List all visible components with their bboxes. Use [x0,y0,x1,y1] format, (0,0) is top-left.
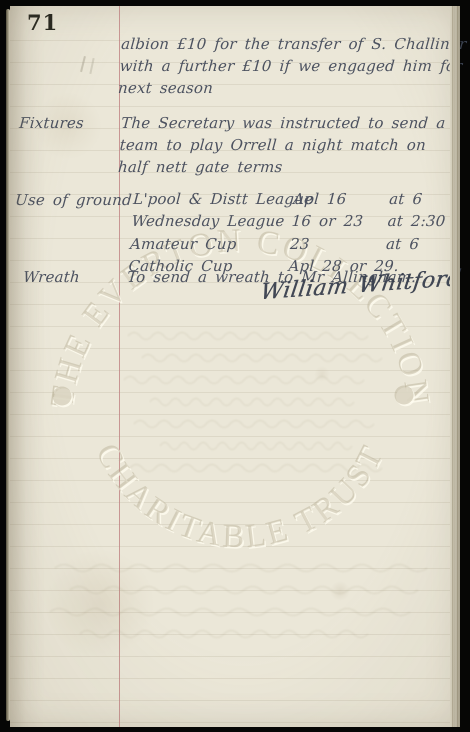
match-date: Apl 16 [292,188,390,210]
handwritten-line: with a further £10 if we engaged him for [119,55,466,77]
handwritten-line: team to play Orrell a night match on [119,134,445,156]
red-margin-rule [119,6,120,727]
match-time: at 2:30 [387,210,446,232]
scanned-minute-book-page: THE EVERTON COLLECTION CHARITABLE TRUST … [0,0,470,732]
fixtures-minute-block: The Secretary was instructed to send a t… [117,112,446,178]
handwritten-line: next season [117,77,464,99]
page-stack-edge [450,6,460,727]
margin-heading-fixtures: Fixtures [18,112,84,134]
minute-continuation-block: albion £10 for the transfer of S. Challi… [117,33,467,99]
ground-schedule-block: L'pool & Distt League Apl 16 at 6 Wednes… [128,188,448,278]
schedule-row: L'pool & Distt League Apl 16 at 6 [132,188,447,210]
handwritten-line: half nett gate terms [117,156,443,178]
handwritten-line: The Secretary was instructed to send a [120,112,446,134]
competition-name: Amateur Cup [129,233,291,255]
match-time: at 6 [388,188,447,210]
margin-heading-wreath: Wreath [22,266,80,288]
competition-name: L'pool & Distt League [132,188,294,210]
margin-heading-use-of-ground: Use of ground [14,189,132,211]
ledger-paper: THE EVERTON COLLECTION CHARITABLE TRUST … [10,6,460,727]
match-date: 16 or 23 [291,210,389,232]
competition-name: Wednesday League [131,210,293,232]
page-number: 71 [27,10,58,35]
schedule-row: Amateur Cup 23 at 6 [129,233,444,255]
match-date: 23 [289,233,387,255]
match-time: at 6 [385,233,444,255]
schedule-row: Wednesday League 16 or 23 at 2:30 [131,210,446,232]
handwritten-line: albion £10 for the transfer of S. Challi… [120,33,467,55]
